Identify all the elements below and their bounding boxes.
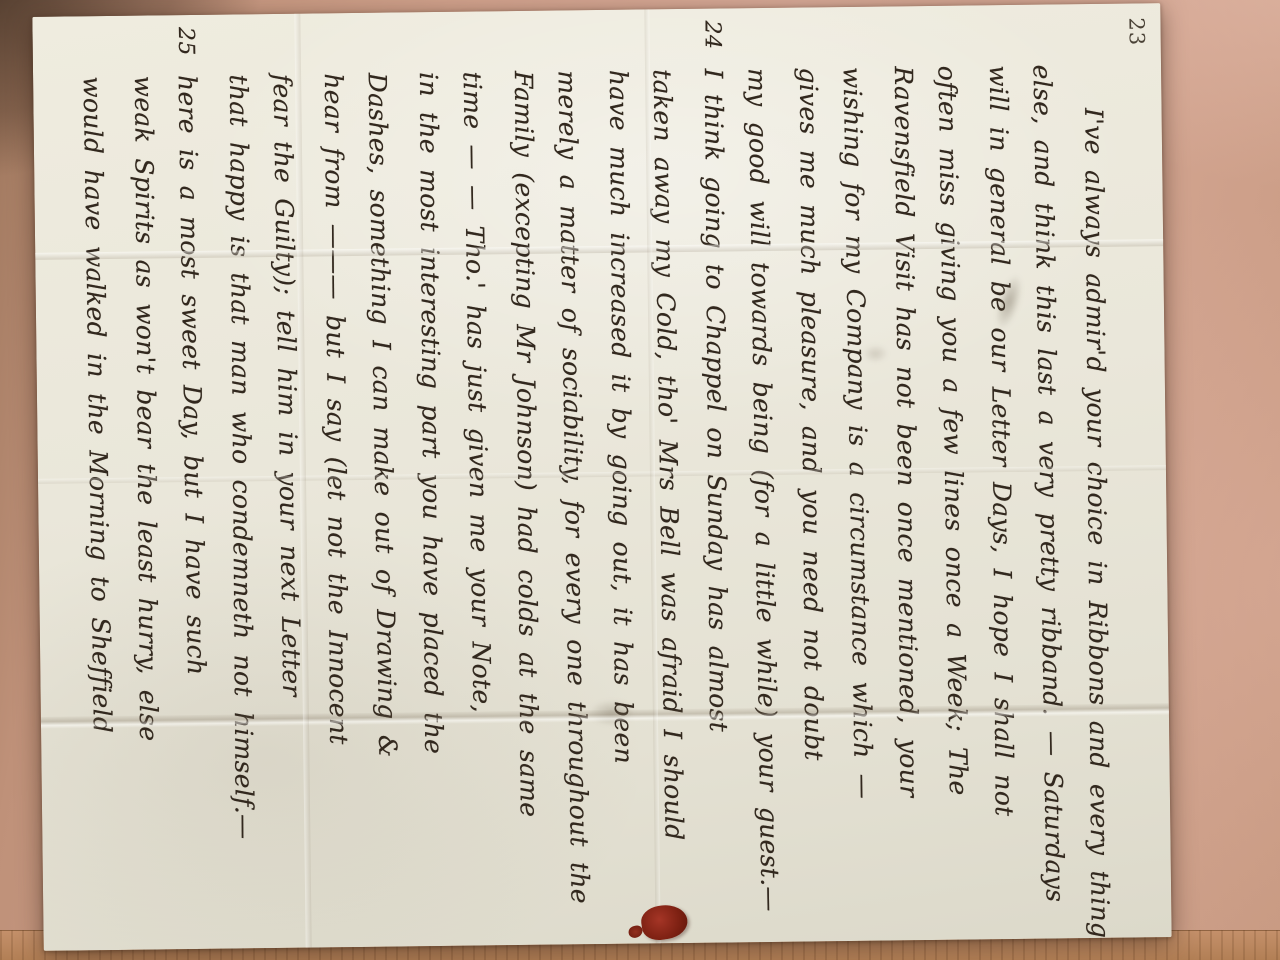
line-text: that happy is that man who condemneth no…: [224, 74, 259, 839]
photo-of-letter: 23 I've always admir'd your choice in Ri…: [0, 0, 1280, 960]
line-text: would have walked in the Morning to Shef…: [78, 76, 117, 733]
letter-line: hear from ——— but I say (let not the Inn…: [309, 73, 363, 921]
line-text: taken away my Cold, tho' Mrs Bell was af…: [648, 69, 689, 841]
line-text: will in general be our Letter Days, I ho…: [984, 65, 1019, 817]
line-text: wishing for my Company is a circumstance…: [838, 67, 878, 800]
line-text: I've always admir'd your choice in Ribbo…: [1079, 108, 1115, 939]
letter-line: Ravensfield Visit has not been once ment…: [879, 66, 933, 914]
line-text: weak Spirits as won't bear the least hur…: [129, 75, 163, 741]
line-text: often miss giving you a few lines once a…: [933, 66, 973, 796]
margin-day-number: 25: [162, 27, 209, 56]
line-text: I think going to Chappel on Sunday has a…: [699, 69, 733, 733]
letter-body: I've always admir'd your choice in Ribbo…: [70, 64, 1125, 925]
letter-page: 23 I've always admir'd your choice in Ri…: [32, 3, 1171, 951]
margin-day-number: 24: [688, 20, 735, 49]
line-text: else, and think this last a very pretty …: [1028, 64, 1070, 902]
letter-line: have much increased it by going out, it …: [594, 70, 648, 918]
letter-line: Family (excepting Mr Johnson) had colds …: [499, 71, 553, 919]
line-text: merely a matter of sociability, for ever…: [553, 70, 595, 904]
line-text: Ravensfield Visit has not been once ment…: [889, 66, 924, 797]
line-text: hear from ——— but I say (let not the Inn…: [319, 73, 353, 745]
line-text: gives me much pleasure, and you need not…: [794, 67, 828, 760]
line-text: Dashes, something I can make out of Draw…: [363, 72, 403, 757]
letter-line: 24I think going to Chappel on Sunday has…: [689, 68, 743, 916]
letter-line: I've always admir'd your choice in Ribbo…: [1069, 64, 1123, 912]
page-number: 23: [1124, 17, 1148, 46]
letter-line: gives me much pleasure, and you need not…: [784, 67, 838, 915]
line-text: time — — Tho.' has just given me your No…: [458, 71, 497, 713]
letter-line: in the most interesting part you have pl…: [404, 72, 458, 920]
line-text: fear the Guilty); tell him in your next …: [268, 74, 307, 697]
line-text: in the most interesting part you have pl…: [414, 72, 448, 754]
line-text: Family (excepting Mr Johnson) had colds …: [509, 71, 544, 818]
letter-line: will in general be our Letter Days, I ho…: [974, 65, 1028, 913]
line-text: have much increased it by going out, it …: [604, 70, 638, 764]
line-text: my good will towards being (for a little…: [743, 68, 785, 912]
letter-line: that happy is that man who condemneth no…: [214, 74, 268, 922]
letter-line: weak Spirits as won't bear the least hur…: [119, 75, 173, 923]
line-text: here is a most sweet Day, but I have suc…: [173, 75, 211, 676]
letter-sheet: 23 I've always admir'd your choice in Ri…: [32, 3, 1171, 951]
